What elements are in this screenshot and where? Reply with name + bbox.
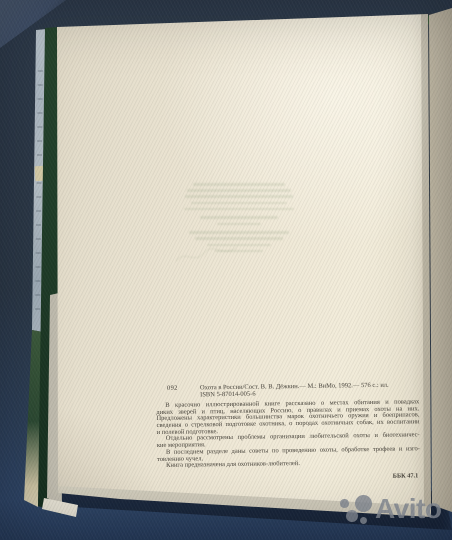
showthrough-line (185, 195, 293, 198)
avito-logo-dot-icon (360, 517, 367, 524)
author-sign: 092 (167, 386, 178, 393)
annotation-paragraph-1: В красочно иллюстрированной книге расска… (156, 399, 419, 436)
avito-logo-dot-icon (346, 510, 358, 522)
avito-logo-dot-icon (340, 499, 349, 508)
avito-logo-text: Avito (375, 491, 441, 527)
bibliographic-entry: 092 Охота в России/Сост. В. В. Дёжкин.— … (200, 382, 419, 398)
showthrough-squiggle (172, 239, 242, 269)
avito-logo-dot-icon (355, 495, 372, 512)
showthrough-line (184, 208, 294, 211)
showthrough-line (187, 189, 291, 192)
showthrough-line (191, 202, 287, 205)
avito-watermark: Avito (336, 494, 452, 536)
showthrough-line (193, 183, 285, 186)
showthrough-line (200, 216, 278, 219)
showthrough-text-block (176, 183, 302, 267)
book-listing-photo: 092 Охота в России/Сост. В. В. Дёжкин.— … (0, 0, 452, 540)
colophon-text-block: 092 Охота в России/Сост. В. В. Дёжкин.— … (156, 382, 420, 483)
annotation-paragraph-4: Книга предназначена для охотников-любите… (157, 460, 420, 470)
showthrough-line (217, 223, 261, 226)
showthrough-line (189, 231, 289, 234)
